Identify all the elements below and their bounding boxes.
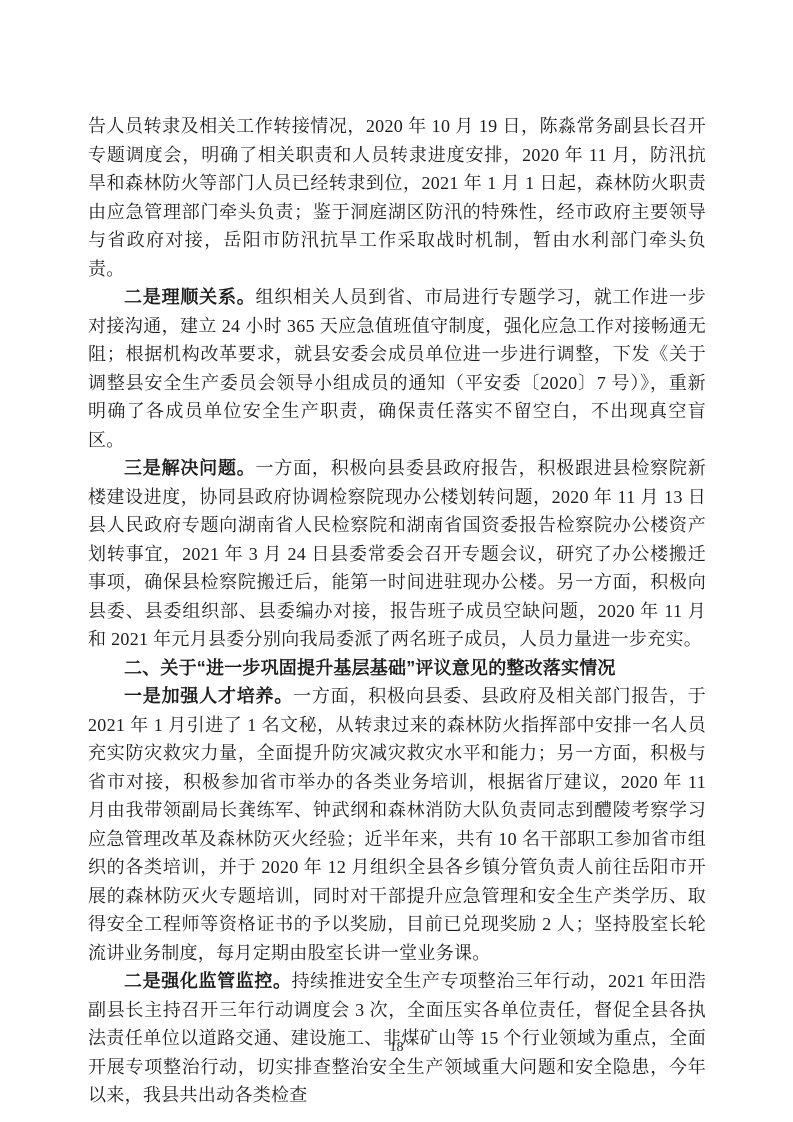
document-body: 告人员转隶及相关工作转接情况，2020 年 10 月 19 日，陈淼常务副县长召… — [88, 112, 706, 1110]
paragraph-lead: 二是理顺关系。 — [124, 287, 256, 307]
paragraph: 三是解决问题。一方面，积极向县委县政府报告，积极跟进县检察院新楼建设进度，协同县… — [88, 454, 706, 654]
paragraph-lead: 二是强化监管监控。 — [124, 971, 292, 991]
page-number: 18 — [0, 1038, 793, 1058]
paragraph: 告人员转隶及相关工作转接情况，2020 年 10 月 19 日，陈淼常务副县长召… — [88, 112, 706, 283]
section-heading: 二、关于“进一步巩固提升基层基础”评议意见的整改落实情况 — [88, 654, 706, 683]
paragraph: 一是加强人才培养。一方面，积极向县委、县政府及相关部门报告，于 2021 年 1… — [88, 682, 706, 967]
paragraph: 二是理顺关系。组织相关人员到省、市局进行专题学习，就工作进一步对接沟通，建立 2… — [88, 283, 706, 454]
document-page: 告人员转隶及相关工作转接情况，2020 年 10 月 19 日，陈淼常务副县长召… — [0, 0, 793, 1122]
paragraph-lead: 一是加强人才培养。 — [124, 686, 293, 706]
paragraph-lead: 三是解决问题。 — [124, 458, 256, 478]
